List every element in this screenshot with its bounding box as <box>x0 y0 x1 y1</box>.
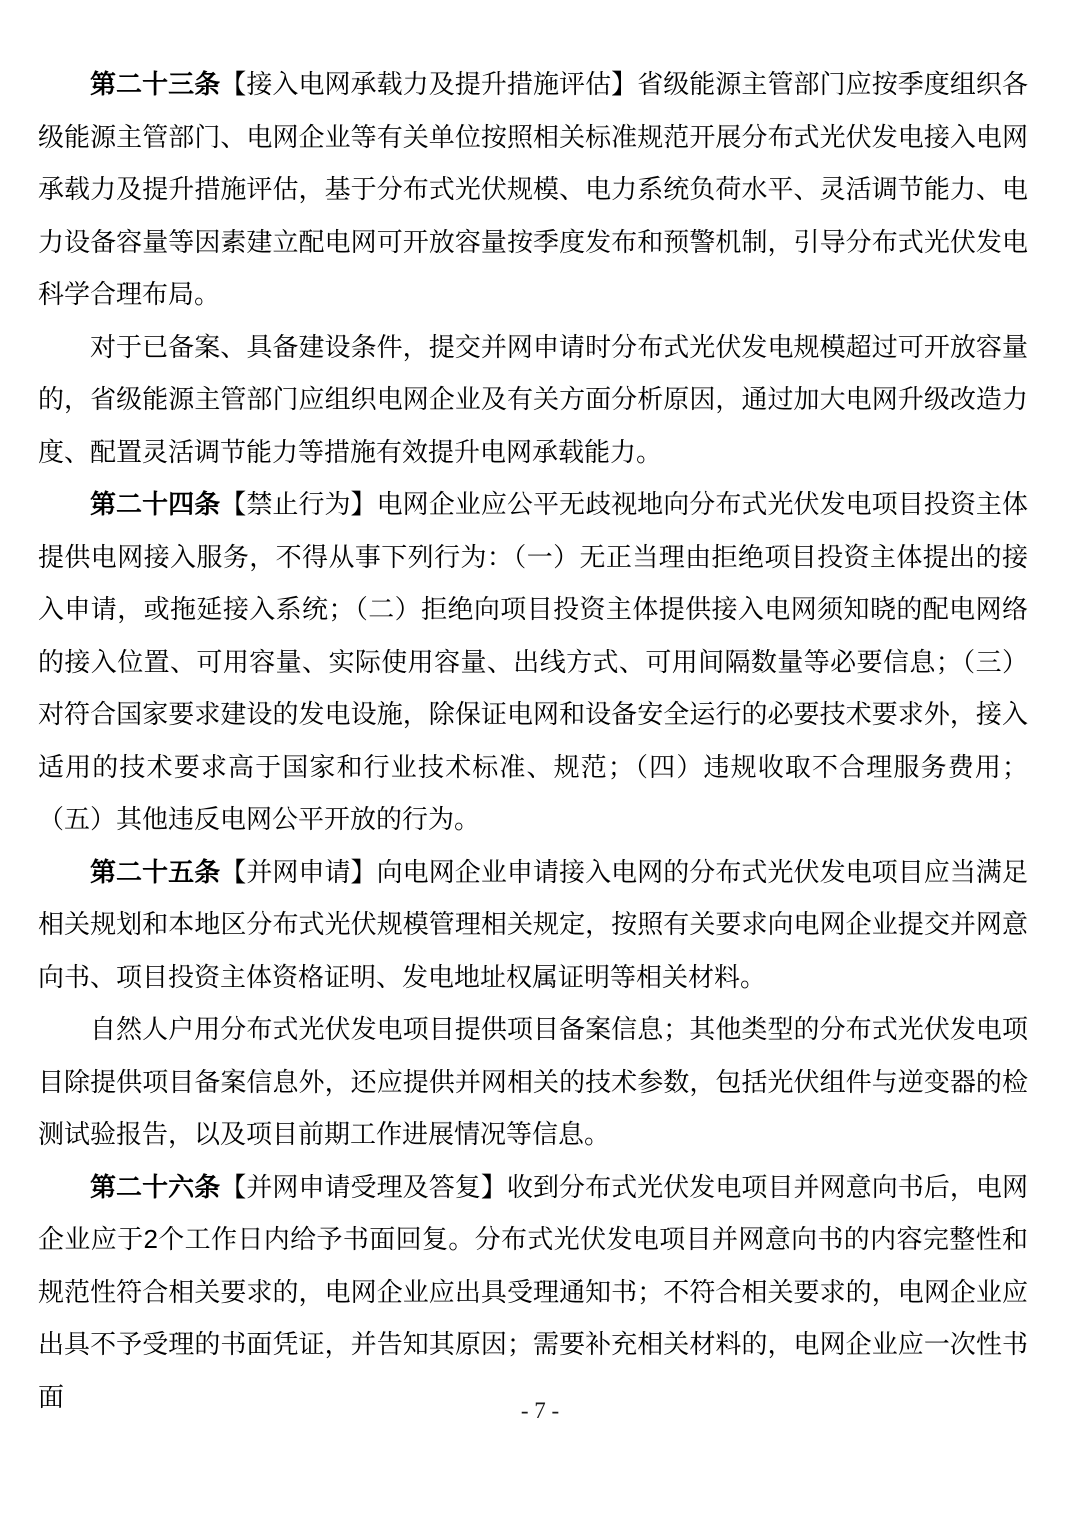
article-24-title: 【禁止行为】 <box>220 489 376 519</box>
document-text-block: 第二十三条【接入电网承载力及提升措施评估】省级能源主管部门应按季度组织各级能源主… <box>38 58 1028 1423</box>
article-24-number: 第二十四条 <box>90 489 220 519</box>
article-23-continuation-body: 对于已备案、具备建设条件，提交并网申请时分布式光伏发电规模超过可开放容量的，省级… <box>38 332 1028 467</box>
article-25-title: 【并网申请】 <box>220 857 376 887</box>
page-number: - 7 - <box>0 1396 1080 1426</box>
article-23-paragraph: 第二十三条【接入电网承载力及提升措施评估】省级能源主管部门应按季度组织各级能源主… <box>38 58 1028 321</box>
article-23-continuation-paragraph: 对于已备案、具备建设条件，提交并网申请时分布式光伏发电规模超过可开放容量的，省级… <box>38 321 1028 479</box>
article-26-number: 第二十六条 <box>90 1172 220 1202</box>
article-24-paragraph: 第二十四条【禁止行为】电网企业应公平无歧视地向分布式光伏发电项目投资主体提供电网… <box>38 478 1028 846</box>
article-25-continuation-paragraph: 自然人户用分布式光伏发电项目提供项目备案信息；其他类型的分布式光伏发电项目除提供… <box>38 1003 1028 1161</box>
article-23-number: 第二十三条 <box>90 69 220 99</box>
article-26-title: 【并网申请受理及答复】 <box>220 1172 507 1202</box>
article-24-body: 电网企业应公平无歧视地向分布式光伏发电项目投资主体提供电网接入服务，不得从事下列… <box>38 489 1028 834</box>
article-25-paragraph: 第二十五条【并网申请】向电网企业申请接入电网的分布式光伏发电项目应当满足相关规划… <box>38 846 1028 1004</box>
article-26-body: 收到分布式光伏发电项目并网意向书后，电网企业应于2个工作日内给予书面回复。分布式… <box>38 1172 1028 1412</box>
article-23-title: 【接入电网承载力及提升措施评估】 <box>220 69 637 99</box>
document-page: { "doc": { "colors": { "text": "#000000"… <box>0 0 1080 1526</box>
article-23-body: 省级能源主管部门应按季度组织各级能源主管部门、电网企业等有关单位按照相关标准规范… <box>38 69 1028 309</box>
article-25-continuation-body: 自然人户用分布式光伏发电项目提供项目备案信息；其他类型的分布式光伏发电项目除提供… <box>38 1014 1028 1149</box>
article-26-paragraph: 第二十六条【并网申请受理及答复】收到分布式光伏发电项目并网意向书后，电网企业应于… <box>38 1161 1028 1424</box>
article-25-number: 第二十五条 <box>90 857 220 887</box>
